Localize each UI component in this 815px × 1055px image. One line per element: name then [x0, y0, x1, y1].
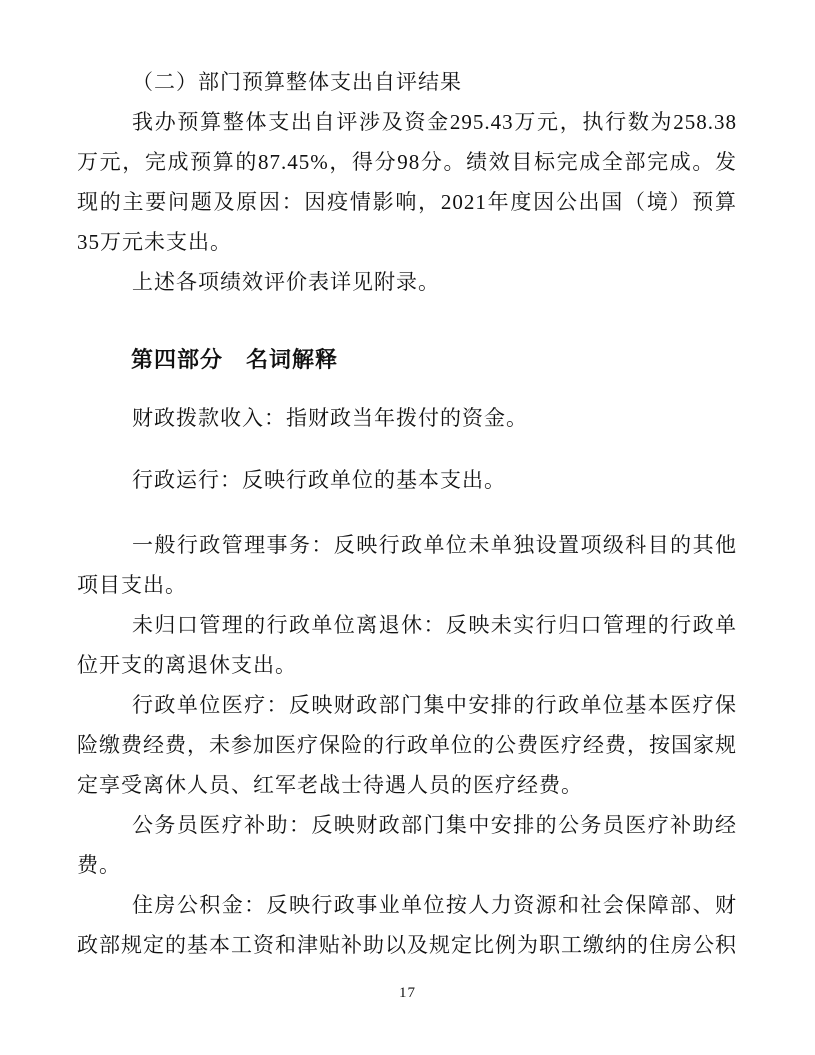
term-administrative-operation: 行政运行：反映行政单位的基本支出。	[77, 460, 737, 500]
term-admin-unit-medical: 行政单位医疗：反映财政部门集中安排的行政单位基本医疗保险缴费经费，未参加医疗保险…	[77, 685, 737, 805]
appendix-note: 上述各项绩效评价表详见附录。	[77, 262, 737, 302]
document-page: （二）部门预算整体支出自评结果 我办预算整体支出自评涉及资金295.43万元，执…	[0, 0, 815, 1055]
term-general-admin-affairs: 一般行政管理事务：反映行政单位未单独设置项级科目的其他项目支出。	[77, 525, 737, 605]
term-fiscal-appropriation-income: 财政拨款收入：指财政当年拨付的资金。	[77, 398, 737, 438]
term-retirement-non-centralized: 未归口管理的行政单位离退休：反映未实行归口管理的行政单位开支的离退休支出。	[77, 605, 737, 685]
self-eval-paragraph: 我办预算整体支出自评涉及资金295.43万元，执行数为258.38万元，完成预算…	[77, 102, 737, 262]
term-housing-fund: 住房公积金：反映行政事业单位按人力资源和社会保障部、财政部规定的基本工资和津贴补…	[77, 885, 737, 965]
term-civil-servant-medical-subsidy: 公务员医疗补助：反映财政部门集中安排的公务员医疗补助经费。	[77, 805, 737, 885]
page-number: 17	[0, 983, 815, 1003]
part4-heading: 第四部分 名词解释	[77, 340, 737, 380]
self-eval-section-heading: （二）部门预算整体支出自评结果	[77, 62, 737, 102]
